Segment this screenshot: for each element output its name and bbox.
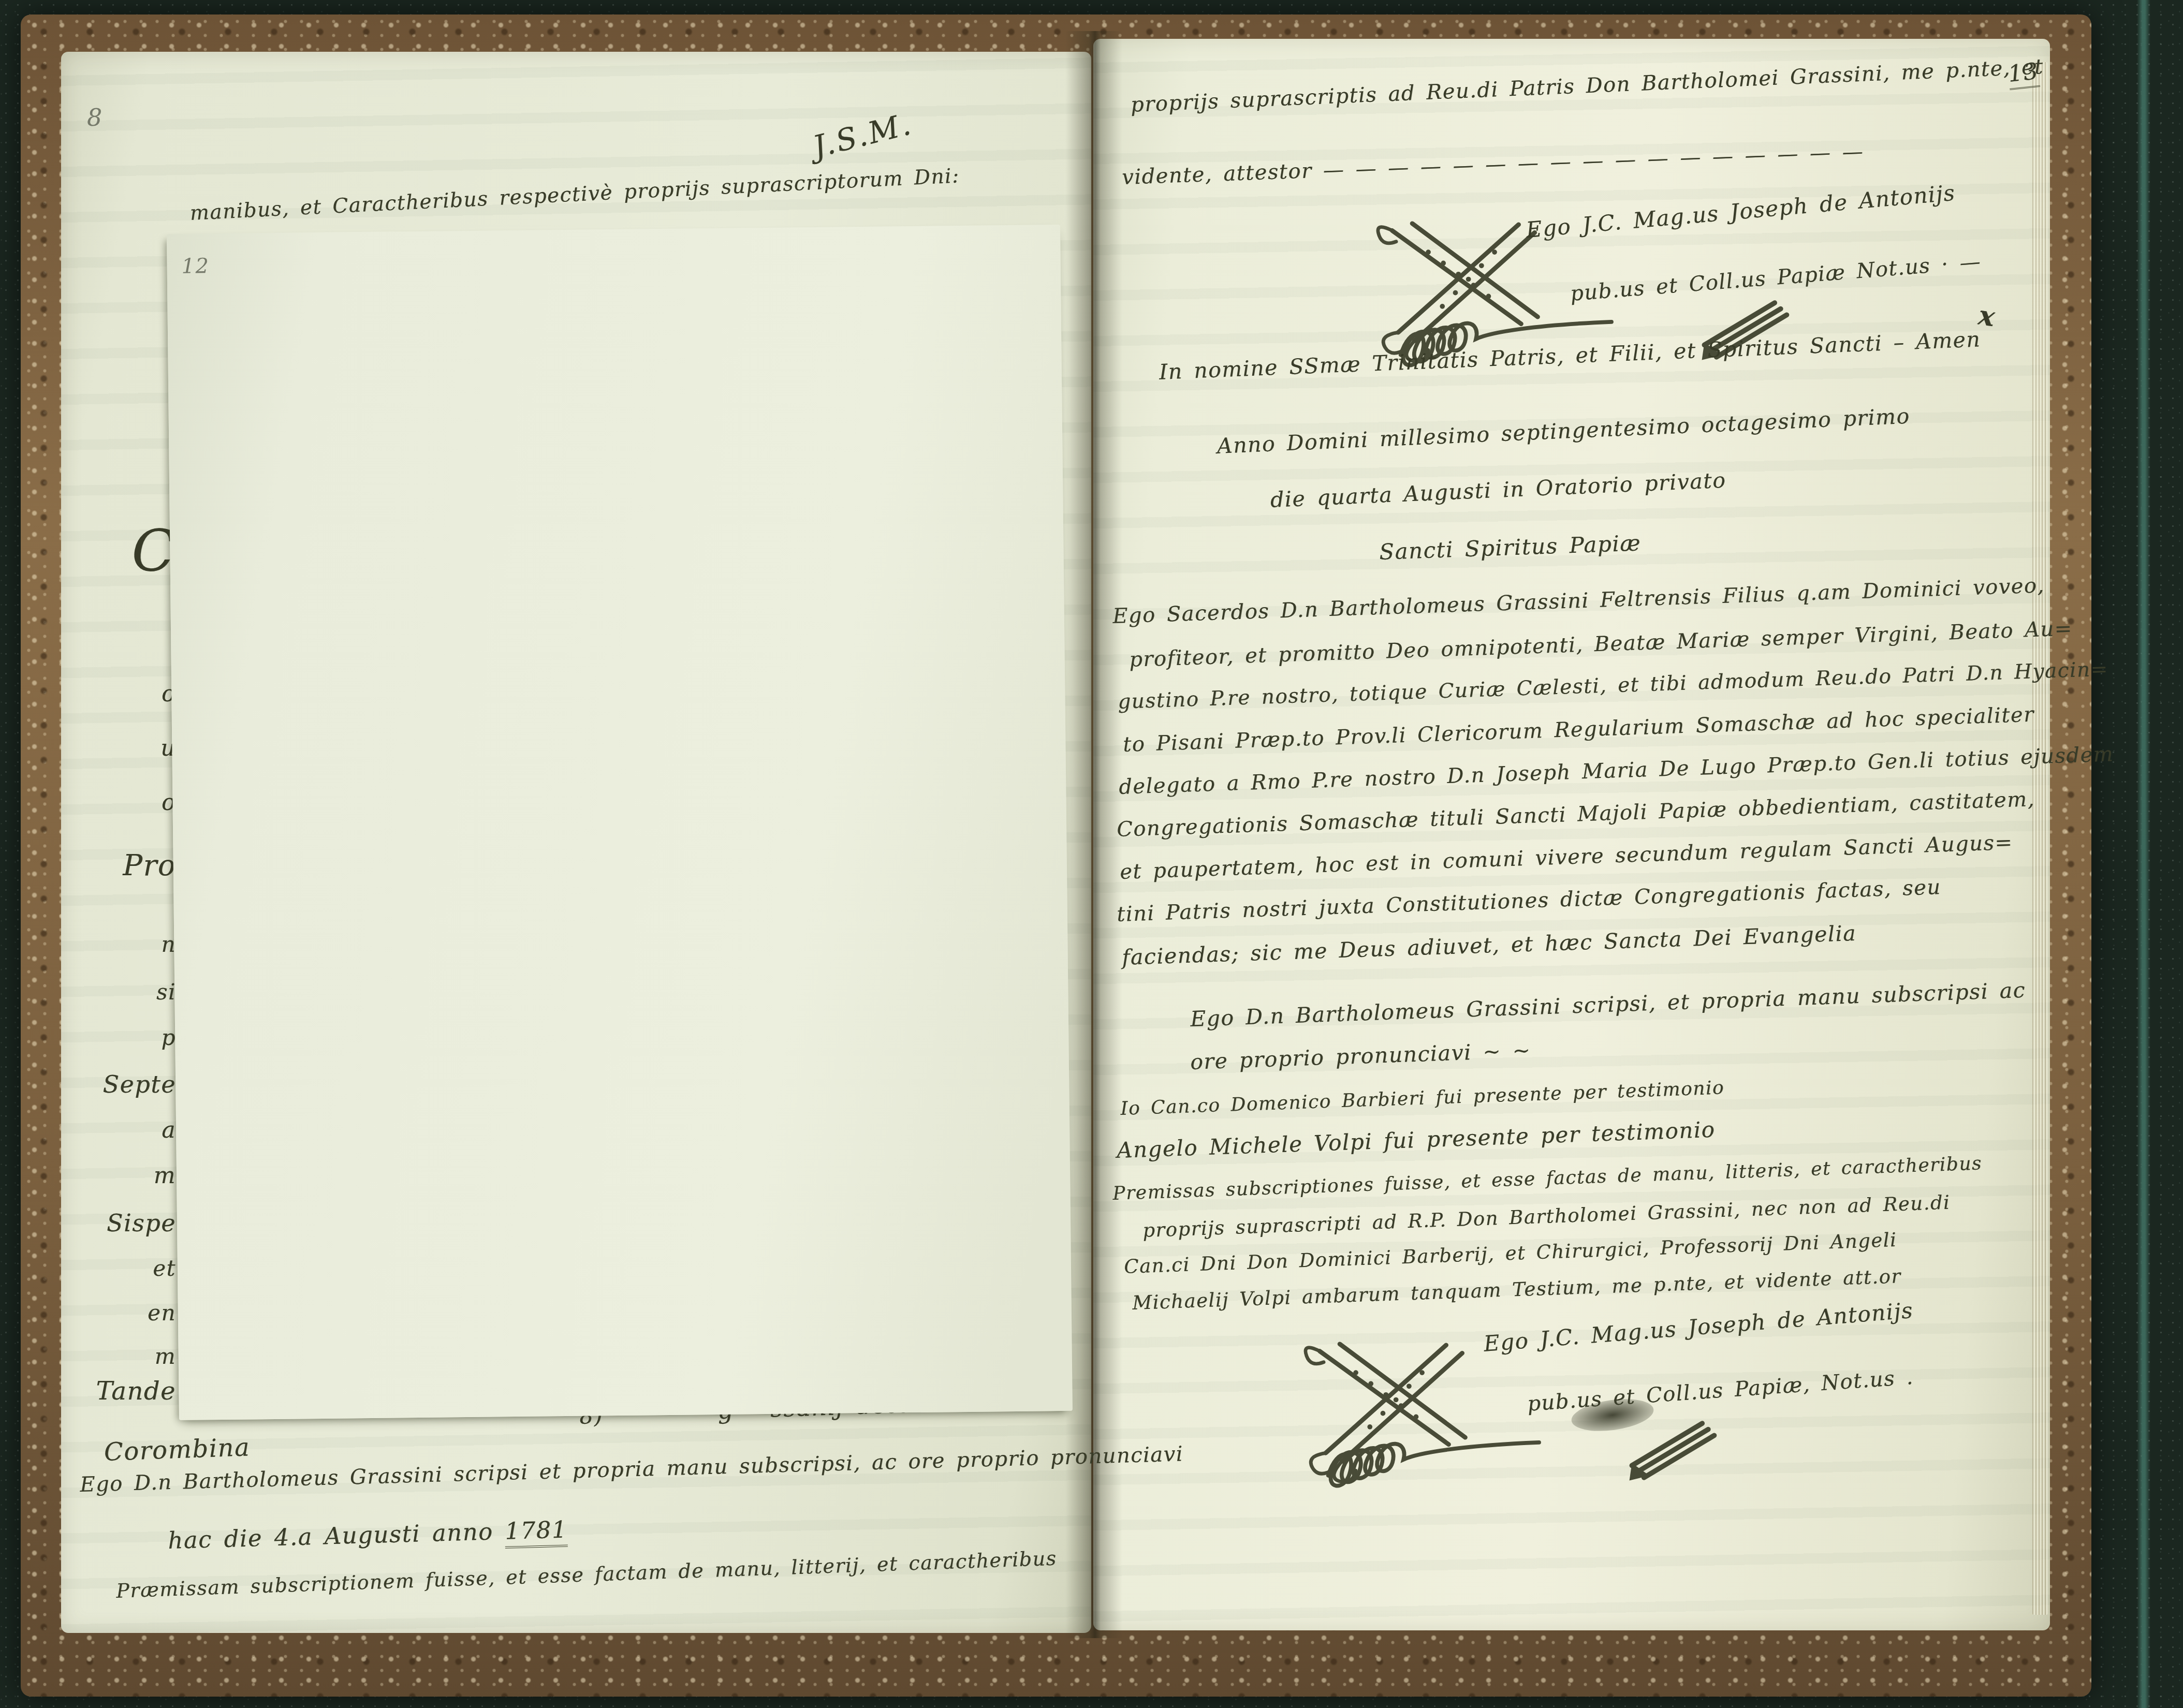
margin-fragment: n: [98, 932, 176, 957]
manuscript-photo: 8 J.S.M. manibus, et Caractheribus respe…: [0, 0, 2183, 1708]
margin-fragment: m: [98, 1162, 176, 1189]
margin-fragment: Sispe: [78, 1209, 176, 1237]
manuscript-line: Corombina: [104, 1433, 251, 1467]
margin-fragment: p: [98, 1025, 176, 1050]
fore-edge-page-lines: [2032, 62, 2048, 1615]
book-gutter-shadow: [1065, 31, 1122, 1638]
inserted-sheet-page-number-pencil: 12: [181, 254, 209, 278]
margin-fragment: u: [98, 735, 176, 761]
inserted-sheet: 12: [167, 225, 1073, 1420]
margin-fragment: C: [98, 518, 176, 584]
margin-fragment: Pro: [78, 849, 176, 882]
margin-fragment: a: [98, 1117, 176, 1143]
left-page-number-pencil: 8: [87, 104, 103, 131]
margin-fragment: o: [98, 789, 176, 816]
margin-fragment: o: [98, 681, 176, 707]
margin-fragment: si: [98, 979, 176, 1005]
margin-fragment: et: [98, 1256, 176, 1281]
background-accent-strip: [2137, 0, 2150, 1708]
year-underlined: 1781: [505, 1515, 568, 1548]
margin-fragment: m: [98, 1344, 176, 1369]
margin-fragment: Tande: [78, 1377, 176, 1406]
margin-fragment: Septe: [78, 1070, 176, 1098]
margin-fragment: en: [98, 1300, 176, 1326]
